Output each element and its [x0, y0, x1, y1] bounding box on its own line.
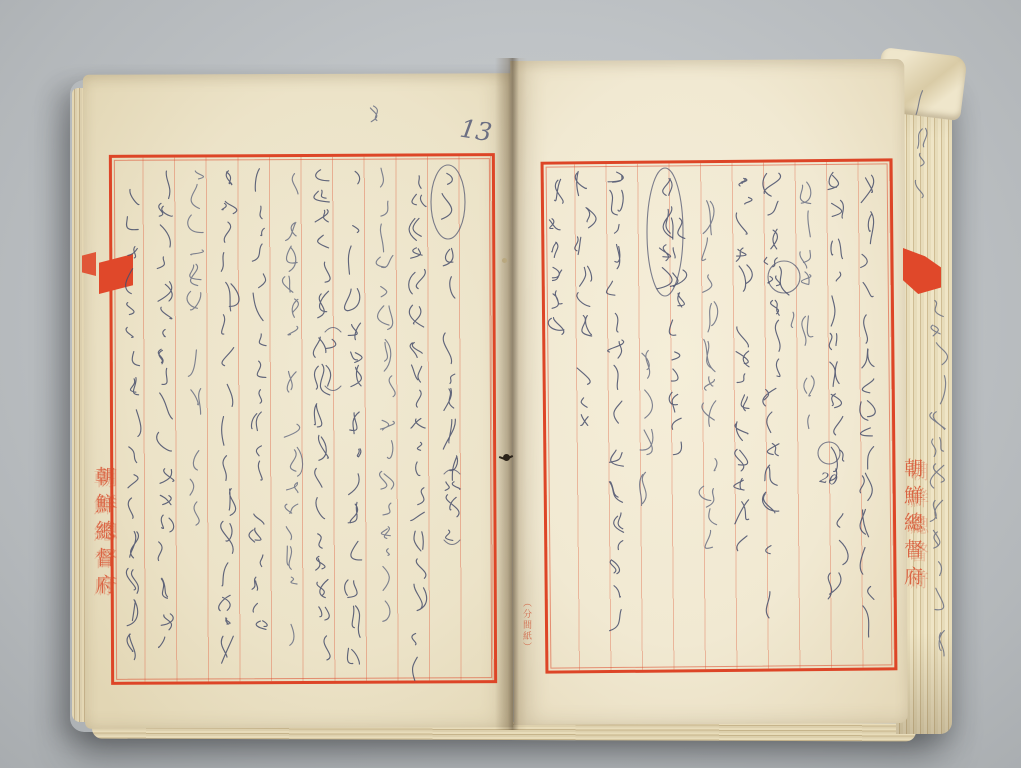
handwriting-stroke — [860, 175, 875, 637]
handwriting-stroke — [831, 447, 837, 471]
handwriting-stroke — [800, 182, 814, 428]
handwriting-stroke — [575, 172, 596, 426]
handwriting-stroke — [445, 482, 460, 541]
handwriting-stroke — [313, 170, 330, 660]
handwriting-stroke — [780, 267, 790, 295]
handwriting-stroke — [915, 91, 927, 198]
handwriting-stroke — [219, 171, 239, 663]
handwriting-stroke — [606, 172, 623, 631]
handwriting-stroke — [282, 174, 302, 646]
handwriting-stroke — [762, 173, 780, 618]
handwriting-stroke — [344, 171, 362, 664]
handwriting-stroke — [548, 179, 564, 334]
handwriting-stroke — [126, 190, 141, 660]
handwriting-stroke — [657, 179, 672, 289]
handwriting-stroke — [930, 301, 948, 656]
handwritten-number: 20 — [817, 470, 839, 490]
circled-annotation — [768, 261, 800, 293]
handwriting-stroke — [734, 178, 752, 550]
handwriting-stroke — [187, 171, 203, 525]
handwriting-stroke — [828, 172, 848, 599]
handwriting-stroke — [699, 201, 717, 549]
handwriting-stroke — [640, 351, 653, 506]
handwriting-stroke — [442, 173, 453, 219]
handwriting-stroke — [791, 312, 794, 327]
handwriting-stroke — [326, 339, 336, 386]
handwriting-stroke — [444, 470, 460, 545]
handwriting-layer: 20 — [0, 0, 1021, 768]
handwriting-stroke — [249, 169, 267, 630]
handwriting-stroke — [370, 106, 377, 122]
handwriting-stroke — [376, 168, 395, 621]
photo-backdrop: 朝鮮總督府 朝鮮總督府 （分間紙） 13 20 — [0, 0, 1021, 768]
handwriting-stroke — [325, 328, 341, 391]
handwriting-stroke — [157, 171, 174, 647]
handwriting-stroke — [443, 248, 457, 480]
handwriting-stroke — [669, 218, 686, 455]
handwriting-stroke — [409, 176, 427, 681]
